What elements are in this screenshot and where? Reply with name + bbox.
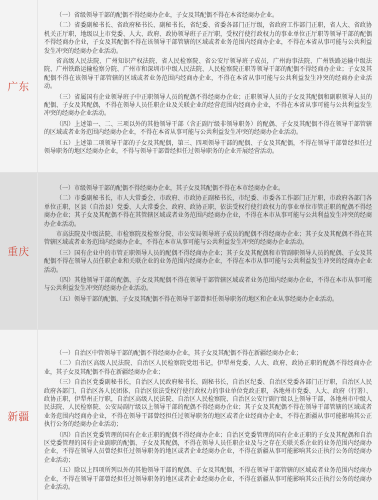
paragraph: 省高级人民法院、广州知识产权法院、省人民检察院、省公安厅领导班子成员，广州海事法…	[44, 58, 372, 92]
paragraph: （五）除以上四项所列以外的其他领导干部的配偶、子女及其配偶，不得在领导干部管辖的…	[44, 467, 372, 492]
region-label: 广东	[0, 0, 38, 172]
paragraph: （三）自治区党委副秘书长，自治区人民政府秘书长、副秘书长，自治区纪委、自治区党委…	[44, 379, 372, 429]
paragraph: （三）省属国有企业领导班子中正职领导人员的配偶不得经商办企业；正职领导人员的子女…	[44, 94, 372, 119]
region-row-chongqing: 重庆 （一）市级领导干部的配偶不得经商办企业，其子女及其配偶不得在本市经商办企业…	[0, 173, 378, 330]
paragraph: （五）领导干部的配偶、子女及其配偶不得在领导干部曾担任领导职务的地区和企业从事经…	[44, 296, 372, 304]
region-row-guangdong: 广东 （一）省级领导干部的配偶不得经商办企业，子女及其配偶不得在本省经商办企业。…	[0, 0, 378, 173]
region-row-xinjiang: 新疆 （一）自治区中管领导干部的配偶不得经商办企业，其子女及其配偶不得在新疆经商…	[0, 330, 378, 500]
paragraph: 市高法院及中级法院、市检察院及检察分院、市公安局领导班子成员的配偶不得经商办企业…	[44, 231, 372, 248]
regulations-table: 广东 （一）省级领导干部的配偶不得经商办企业，子女及其配偶不得在本省经商办企业。…	[0, 0, 378, 500]
region-label: 新疆	[0, 330, 38, 500]
paragraph: （四）上述第一、二、三项以外的其他领导干部（含正副厅级非领导职务）的配偶、子女及…	[44, 121, 372, 138]
region-content: （一）自治区中管领导干部的配偶不得经商办企业，其子女及其配偶不得在新疆经商办企业…	[38, 330, 378, 500]
paragraph: （五）上述第二项领导干部的子女及其配偶，第三、四项领导干部的配偶、子女及其配偶，…	[44, 140, 372, 157]
paragraph: （四）自治区党委管理的国有企业正职的配偶不得经商办企业；自治区党委管理的国有企业…	[44, 432, 372, 466]
region-content: （一）省级领导干部的配偶不得经商办企业，子女及其配偶不得在本省经商办企业。 （二…	[38, 0, 378, 172]
paragraph: （一）省级领导干部的配偶不得经商办企业，子女及其配偶不得在本省经商办企业。	[44, 12, 372, 20]
paragraph: （二）自治区高级人民法院、自治区人民检察院党组书记，伊犁州党委、人大、政府、政协…	[44, 360, 372, 377]
paragraph: （二）省委副秘书长、省政府秘书长、副秘书长，省纪委、省委各部门正厅级，省政府工作…	[44, 22, 372, 56]
paragraph: （三）国有企业中的市管正职领导人员的配偶不得经商办企业；其子女及其配偶和市管副职…	[44, 250, 372, 275]
paragraph: （一）自治区中管领导干部的配偶不得经商办企业，其子女及其配偶不得在新疆经商办企业…	[44, 350, 372, 358]
paragraph: （一）市级领导干部的配偶不得经商办企业，其子女及其配偶不得在本市经商办企业。	[44, 185, 372, 193]
region-content: （一）市级领导干部的配偶不得经商办企业，其子女及其配偶不得在本市经商办企业。 （…	[38, 173, 378, 329]
region-label: 重庆	[0, 173, 38, 329]
paragraph: （四）其他领导干部的配偶、子女及其配偶不得在领导干部管辖区域或者业务范围内经商办…	[44, 277, 372, 294]
paragraph: （二）市委副秘书长，市人大常委会、市政府、市政协正副秘书长，市纪委、市委各工作部…	[44, 195, 372, 229]
